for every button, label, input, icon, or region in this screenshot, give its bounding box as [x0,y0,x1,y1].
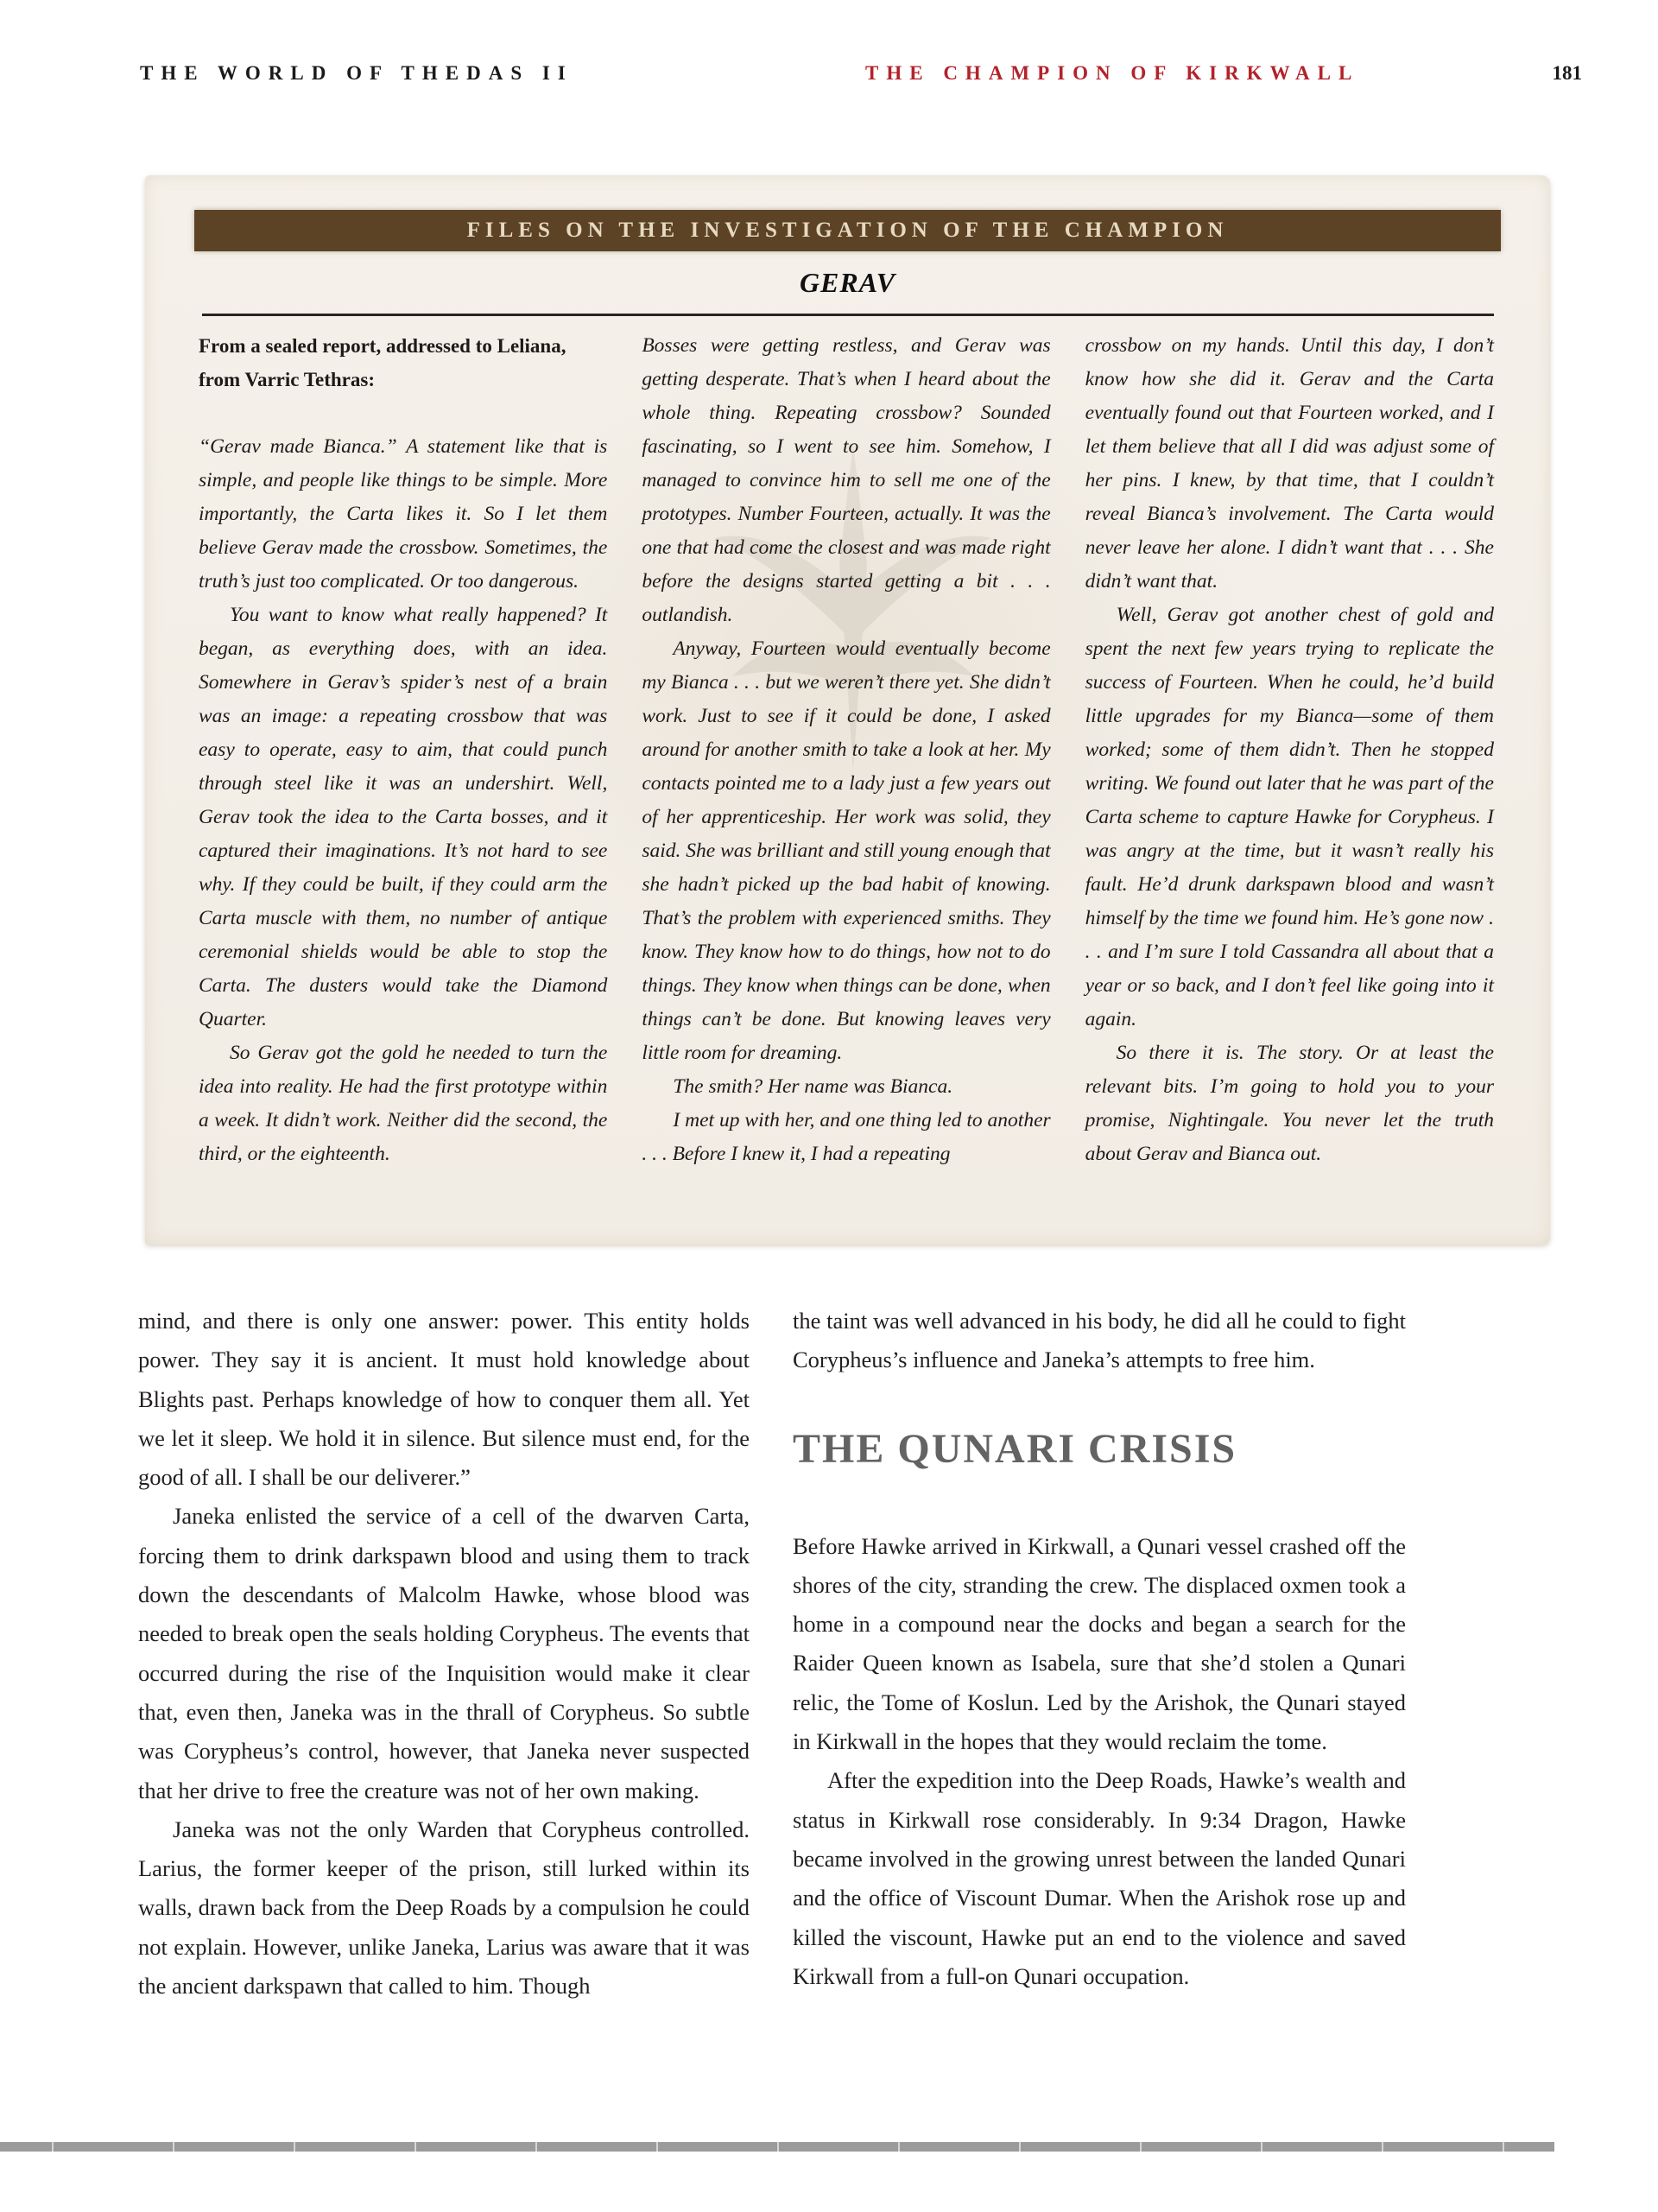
chapter-title: THE CHAMPION OF KIRKWALL [865,62,1359,85]
body-column-right: the taint was well advanced in his body,… [793,1302,1406,1996]
body-paragraph: Before Hawke arrived in Kirkwall, a Quna… [793,1527,1406,1762]
sidebar-paragraph: Anyway, Fourteen would eventually become… [642,632,1050,1070]
banner-title: FILES ON THE INVESTIGATION OF THE CHAMPI… [467,219,1229,243]
page-number: 181 [1553,62,1583,85]
body-paragraph: Janeka was not the only Warden that Cory… [138,1810,750,2006]
body-paragraph: mind, and there is only one answer: powe… [138,1302,750,1497]
file-subject-title: GERAV [145,267,1550,299]
sidebar-paragraph: Bosses were getting restless, and Gerav … [642,329,1050,632]
title-divider [202,314,1494,316]
report-intro: From a sealed report, addressed to Lelia… [199,329,607,396]
sidebar-paragraph: I met up with her, and one thing led to … [642,1104,1050,1171]
running-header: THE WORLD OF THEDAS II THE CHAMPION OF K… [0,62,1658,97]
sidebar-paragraph: So there it is. The story. Or at least t… [1085,1036,1494,1171]
body-paragraph: the taint was well advanced in his body,… [793,1302,1406,1380]
body-column-left: mind, and there is only one answer: powe… [138,1302,750,2006]
sidebar-paragraph: So Gerav got the gold he needed to turn … [199,1036,607,1171]
section-heading: THE QUNARI CRISIS [793,1425,1406,1474]
body-paragraph: After the expedition into the Deep Roads… [793,1761,1406,1996]
sidebar-column-1: From a sealed report, addressed to Lelia… [199,329,607,1171]
investigation-file-sidebar: FILES ON THE INVESTIGATION OF THE CHAMPI… [145,175,1550,1245]
sidebar-columns: From a sealed report, addressed to Lelia… [199,329,1494,1171]
sidebar-banner: FILES ON THE INVESTIGATION OF THE CHAMPI… [194,210,1501,251]
sidebar-column-2: Bosses were getting restless, and Gerav … [642,329,1050,1171]
sidebar-paragraph: Well, Gerav got another chest of gold an… [1085,599,1494,1036]
body-paragraph: Janeka enlisted the service of a cell of… [138,1497,750,1810]
sidebar-paragraph: You want to know what really happened? I… [199,599,607,1036]
footer-decorative-strip [0,2142,1554,2152]
sidebar-paragraph: crossbow on my hands. Until this day, I … [1085,329,1494,599]
sidebar-paragraph: The smith? Her name was Bianca. [642,1070,1050,1104]
book-title: THE WORLD OF THEDAS II [140,62,573,85]
sidebar-column-3: crossbow on my hands. Until this day, I … [1085,329,1494,1171]
sidebar-paragraph: “Gerav made Bianca.” A statement like th… [199,430,607,599]
